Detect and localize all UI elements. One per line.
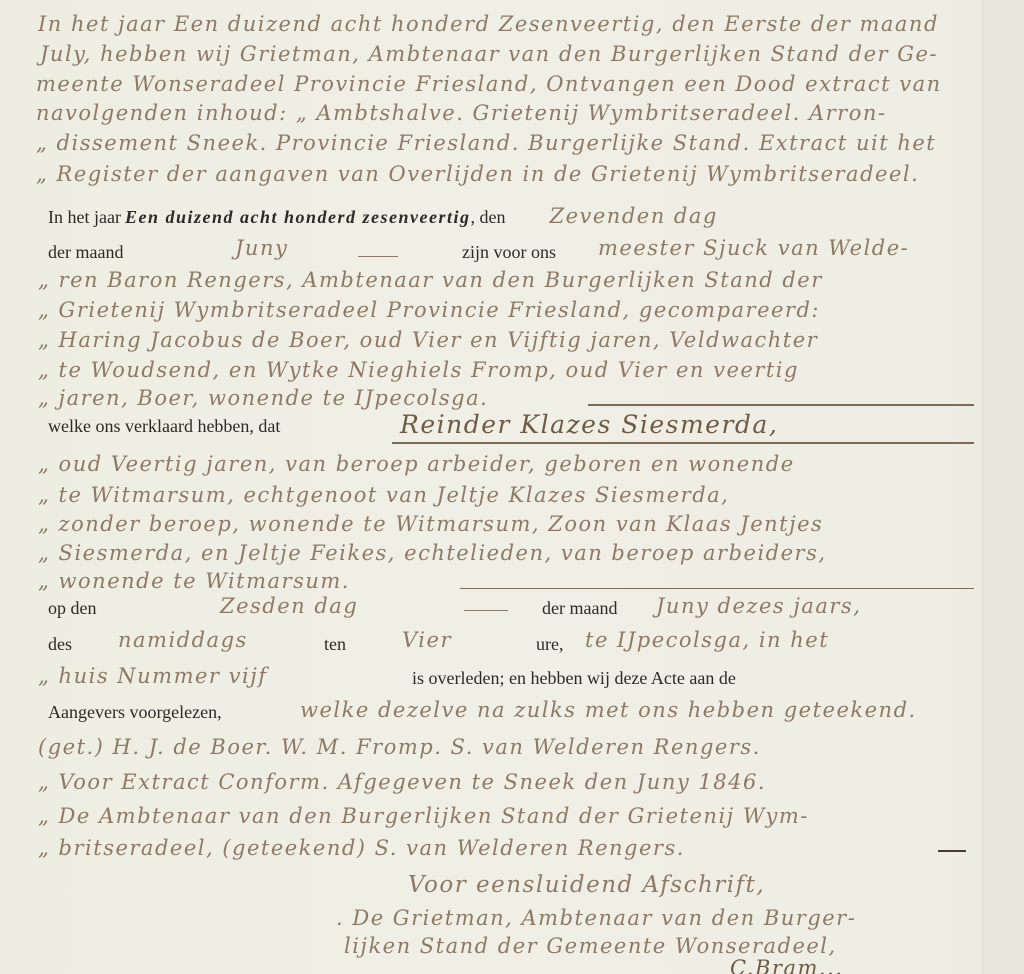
handwritten-daypart: namiddags [118,628,248,652]
footer-line: (get.) H. J. de Boer. W. M. Fromp. S. va… [38,735,761,759]
printed-label: welke ons verklaard hebben, dat [48,416,280,437]
handwritten-place: te IJpecolsga, in het [585,628,829,652]
signature: C.Bram... [730,956,843,974]
printed-year: Een duizend acht honderd zesenveertig [125,207,471,227]
handwritten-month: Juny [235,236,288,260]
body-line: „ Haring Jacobus de Boer, oud Vier en Vi… [38,328,818,352]
body-line: „ jaren, Boer, wonende te IJpecolsga. [38,386,488,410]
printed-label: Aangevers voorgelezen, [48,702,222,723]
header-line: July, hebben wij Grietman, Ambtenaar van… [40,42,938,66]
body-line: „ Siesmerda, en Jeltje Feikes, echtelied… [38,541,827,565]
header-line: „ dissement Sneek. Provincie Friesland. … [36,131,936,155]
handwritten-day: Zevenden dag [549,204,717,228]
body-line: „ zonder beroep, wonende te Witmarsum, Z… [38,512,823,536]
document-page: In het jaar Een duizend acht honderd Zes… [0,0,1024,974]
printed-label: zijn voor ons [462,242,556,263]
printed-label: des [48,634,72,655]
fill-rule [392,442,974,444]
deceased-name: Reinder Klazes Siesmerda, [400,410,778,439]
printed-label: In het jaar [48,207,121,227]
printed-label: der maand [48,242,123,263]
handwritten-text: welke dezelve na zulks met ons hebben ge… [300,698,917,722]
body-line: „ Grietenij Wymbritseradeel Provincie Fr… [38,298,820,322]
printed-label: der maand [542,598,617,619]
header-line: In het jaar Een duizend acht honderd Zes… [38,12,939,36]
handwritten-day: Zesden dag [220,594,358,618]
header-line: „ Register der aangaven van Overlijden i… [36,162,919,186]
printed-label: , den [470,207,505,227]
handwritten-hour: Vier [402,628,452,652]
printed-label: op den [48,598,97,619]
body-line: „ wonende te Witmarsum. [38,569,350,593]
printed-label: ure, [536,634,563,655]
footer-line: „ britseradeel, (geteekend) S. van Welde… [38,836,685,860]
header-line: meente Wonseradeel Provincie Friesland, … [36,72,942,96]
page-edge [982,0,1024,974]
fill-rule [588,404,974,406]
closing-line: Voor eensluidend Afschrift, [408,872,765,898]
handwritten-month: Juny dezes jaars, [656,594,861,618]
fill-dash [938,850,966,852]
body-line: „ oud Veertig jaren, van beroep arbeider… [38,452,795,476]
body-line: „ ren Baron Rengers, Ambtenaar van den B… [38,268,823,292]
footer-line: „ De Ambtenaar van den Burgerlijken Stan… [38,804,809,828]
form-row-year: In het jaar Een duizend acht honderd zes… [48,204,718,228]
printed-label: ten [324,634,346,655]
body-line: „ te Witmarsum, echtgenoot van Jeltje Kl… [38,483,729,507]
printed-label: is overleden; en hebben wij deze Acte aa… [412,668,736,689]
footer-line: „ Voor Extract Conform. Afgegeven te Sne… [38,770,766,794]
closing-line: . De Grietman, Ambtenaar van den Burger- [336,906,856,930]
fill-dash [464,610,508,611]
header-line: navolgenden inhoud: „ Ambtshalve. Griete… [36,101,886,125]
fill-rule [460,588,974,589]
handwritten-house: „ huis Nummer vijf [38,664,268,688]
handwritten-name: meester Sjuck van Welde- [598,236,909,260]
fill-dash [358,256,398,257]
closing-line: lijken Stand der Gemeente Wonseradeel, [344,934,837,958]
body-line: „ te Woudsend, en Wytke Nieghiels Fromp,… [38,358,799,382]
